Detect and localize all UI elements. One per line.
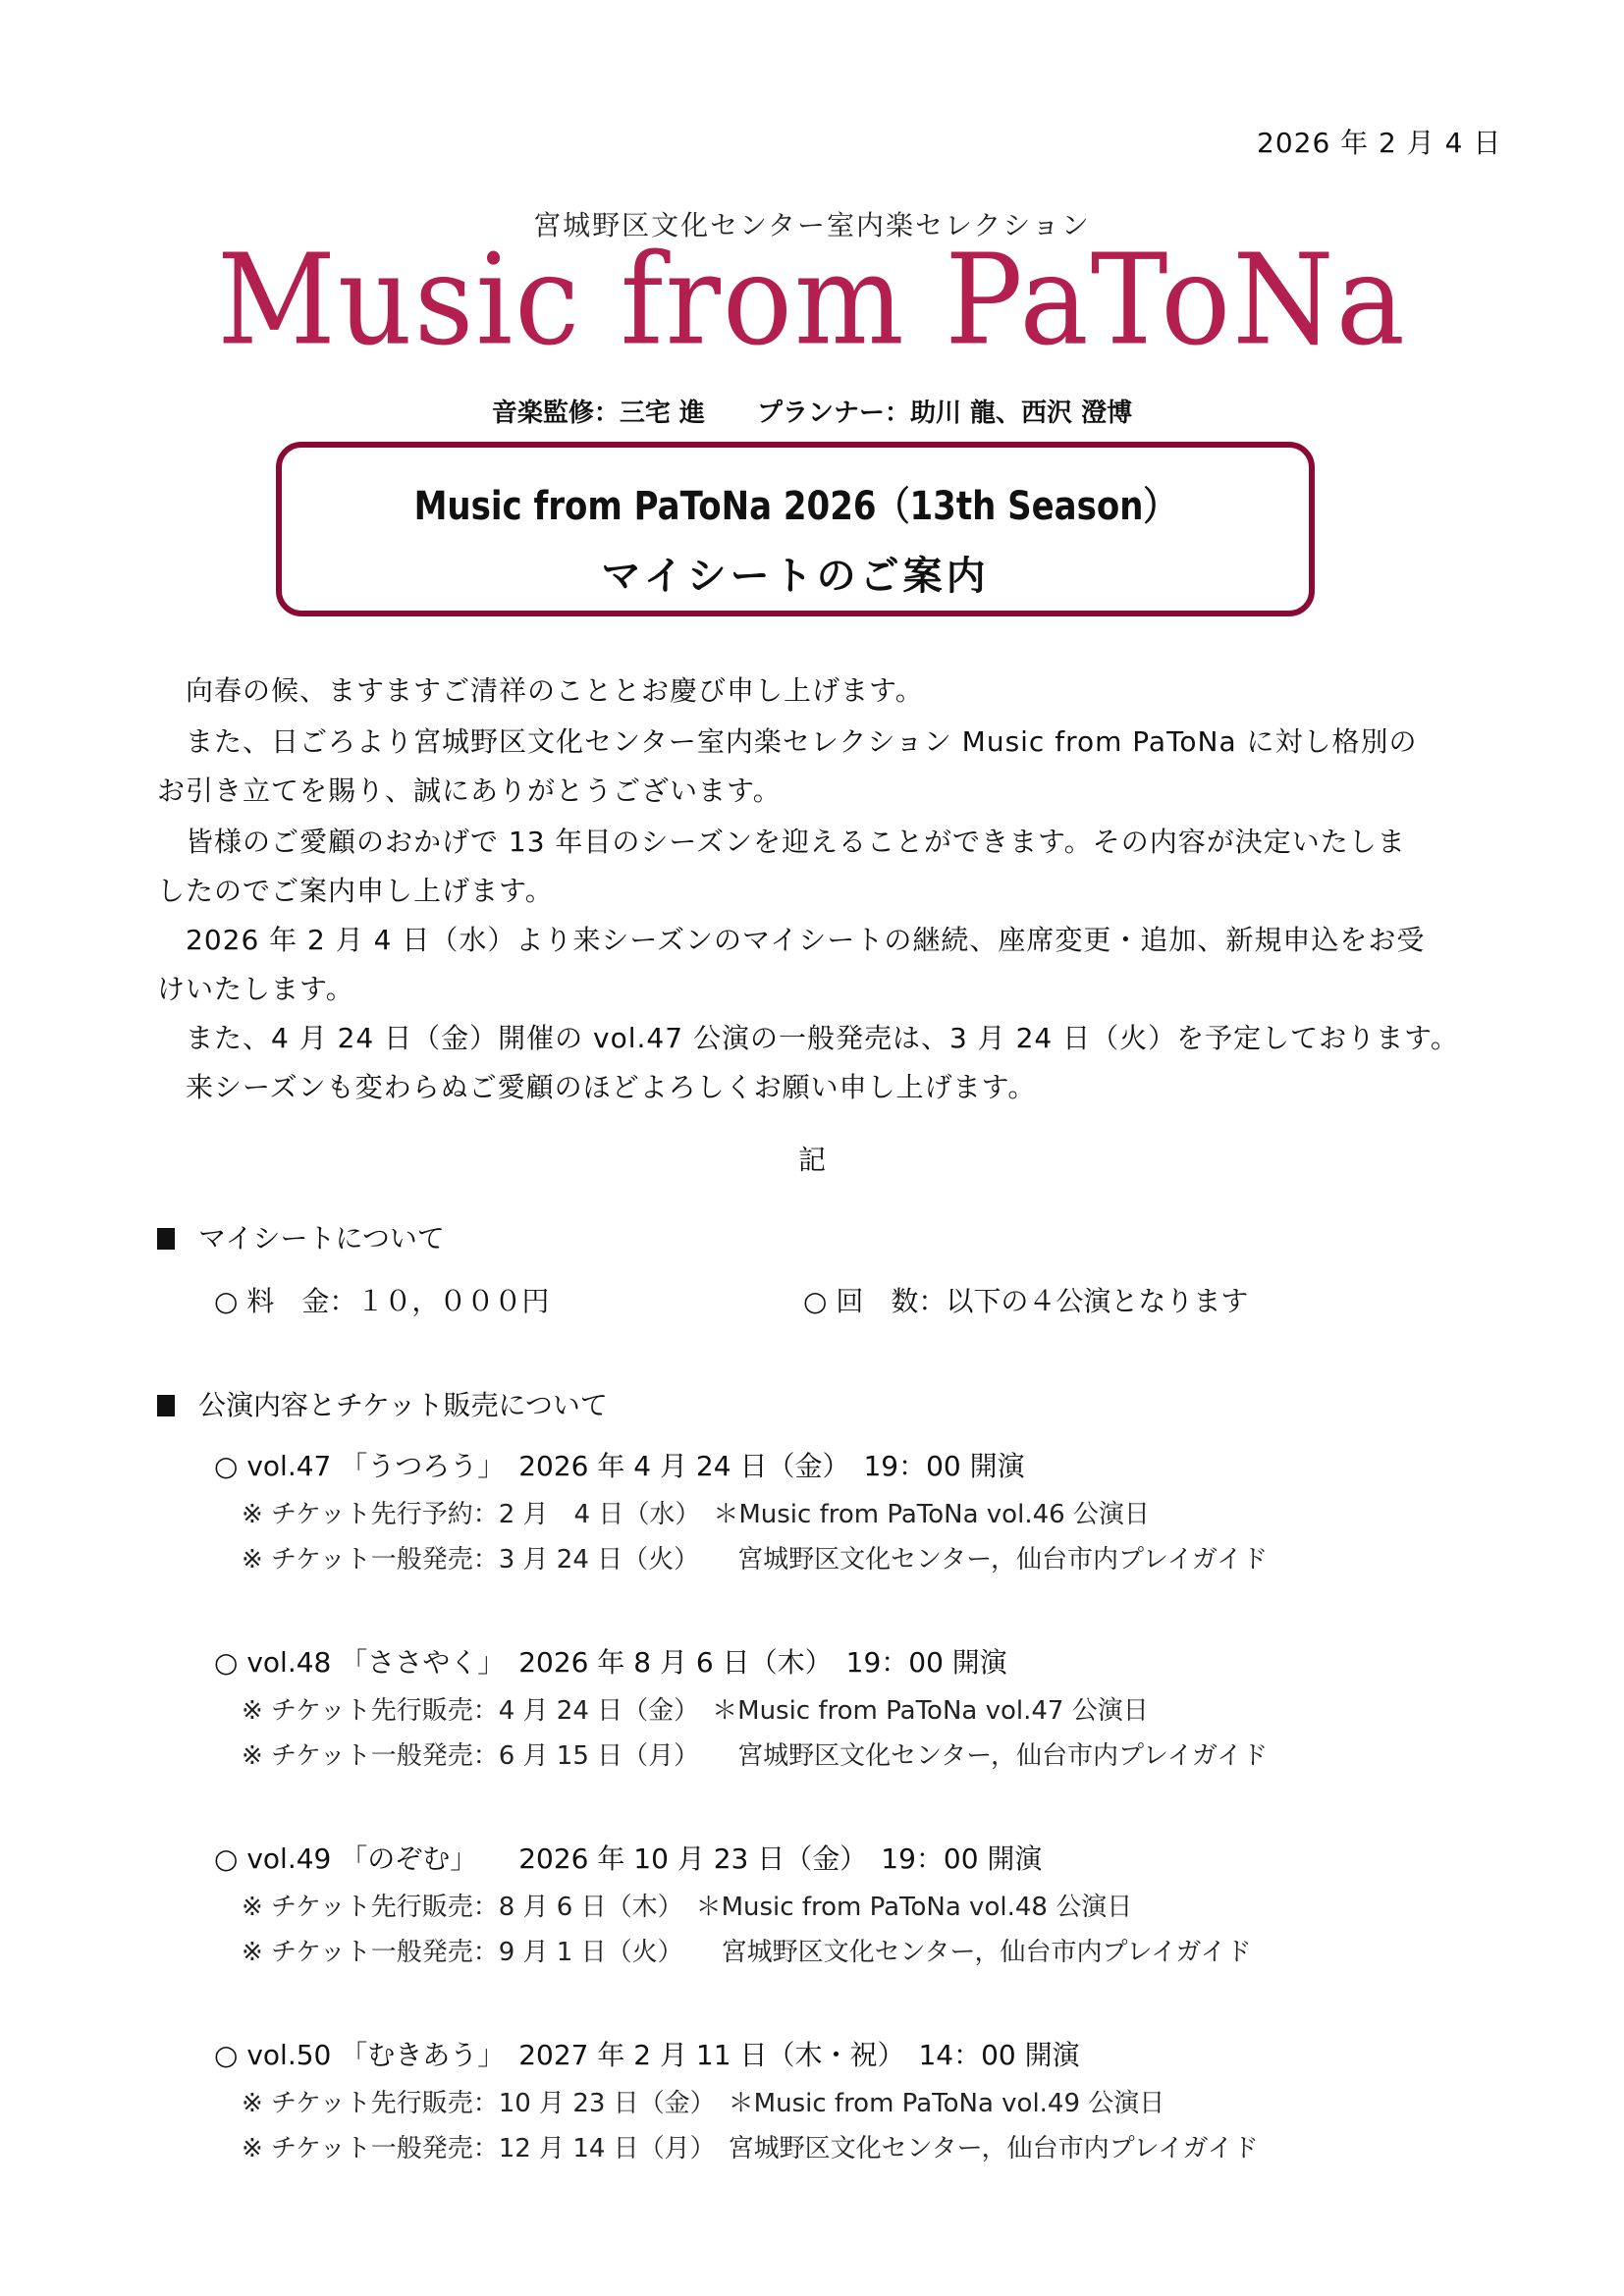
- concert-vol49-presale: ※ チケット先行販売：8 月 6 日（木） ＊Music from PaToNa…: [242, 1887, 1132, 1923]
- concert-vol47-presale: ※ チケット先行予約：2 月 4 日（水） ＊Music from PaToNa…: [242, 1494, 1150, 1530]
- planners: プランナー：助川 龍、西沢 澄博: [757, 399, 1132, 428]
- square-bullet-icon: [157, 1395, 175, 1416]
- myseat-price: ○ 料 金：１０，０００円: [214, 1280, 549, 1319]
- paragraph-line: けいたします。: [157, 968, 354, 1007]
- title-box: Music from PaToNa 2026（13th Season） マイシー…: [276, 442, 1315, 616]
- concert-vol49-title: ○ vol.49 「のぞむ」 2026 年 10 月 23 日（金） 19：00…: [214, 1838, 1042, 1877]
- concert-vol50-presale: ※ チケット先行販売：10 月 23 日（金） ＊Music from PaTo…: [242, 2083, 1164, 2119]
- paragraph-line: また、日ごろより宮城野区文化センター室内楽セレクション Music from P…: [157, 721, 1418, 760]
- section-concerts-heading: 公演内容とチケット販売について: [157, 1384, 608, 1423]
- concert-vol48-general: ※ チケット一般発売：6 月 15 日（月） 宮城野区文化センター，仙台市内プレ…: [242, 1735, 1268, 1772]
- document-date: 2026 年 2 月 4 日: [1257, 122, 1501, 161]
- paragraph-line: お引き立てを賜り、誠にありがとうございます。: [157, 770, 782, 809]
- paragraph-line: 向春の候、ますますご清祥のこととお慶び申し上げます。: [157, 669, 924, 709]
- paragraph-line: したのでご案内申し上げます。: [157, 870, 554, 909]
- concert-vol47-general: ※ チケット一般発売：3 月 24 日（火） 宮城野区文化センター，仙台市内プレ…: [242, 1539, 1268, 1575]
- credits: 音楽監修：三宅 進 プランナー：助川 龍、西沢 澄博: [0, 393, 1624, 429]
- concert-vol50-general: ※ チケット一般発売：12 月 14 日（月） 宮城野区文化センター，仙台市内プ…: [242, 2128, 1259, 2164]
- paragraph-line: 来シーズンも変わらぬご愛顧のほどよろしくお願い申し上げます。: [157, 1066, 1036, 1105]
- music-director: 音楽監修：三宅 進: [492, 399, 705, 428]
- logo-music-from-patona: Music from PaToNa: [0, 231, 1624, 368]
- title-line-1: Music from PaToNa 2026（13th Season）: [358, 475, 1231, 531]
- concert-vol47-title: ○ vol.47 「うつろう」 2026 年 4 月 24 日（金） 19：00…: [214, 1445, 1025, 1484]
- paragraph-line: また、4 月 24 日（金）開催の vol.47 公演の一般発売は、3 月 24…: [157, 1017, 1459, 1056]
- concert-vol50-title: ○ vol.50 「むきあう」 2027 年 2 月 11 日（木・祝） 14：…: [214, 2034, 1080, 2073]
- concert-vol48-title: ○ vol.48 「ささやく」 2026 年 8 月 6 日（木） 19：00 …: [214, 1641, 1007, 1681]
- section-myseat-heading: マイシートについて: [157, 1217, 445, 1256]
- ki-heading: 記: [0, 1139, 1624, 1178]
- square-bullet-icon: [157, 1228, 175, 1250]
- myseat-count: ○ 回 数：以下の４公演となります: [803, 1280, 1248, 1319]
- concert-vol49-general: ※ チケット一般発売：9 月 1 日（火） 宮城野区文化センター，仙台市内プレイ…: [242, 1932, 1252, 1968]
- title-line-2: マイシートのご案内: [282, 545, 1309, 601]
- paragraph-line: 皆様のご愛顧のおかげで 13 年目のシーズンを迎えることができます。その内容が決…: [157, 821, 1406, 860]
- concert-vol48-presale: ※ チケット先行販売：4 月 24 日（金） ＊Music from PaToN…: [242, 1690, 1149, 1727]
- paragraph-line: 2026 年 2 月 4 日（水）より来シーズンのマイシートの継続、座席変更・追…: [157, 919, 1425, 958]
